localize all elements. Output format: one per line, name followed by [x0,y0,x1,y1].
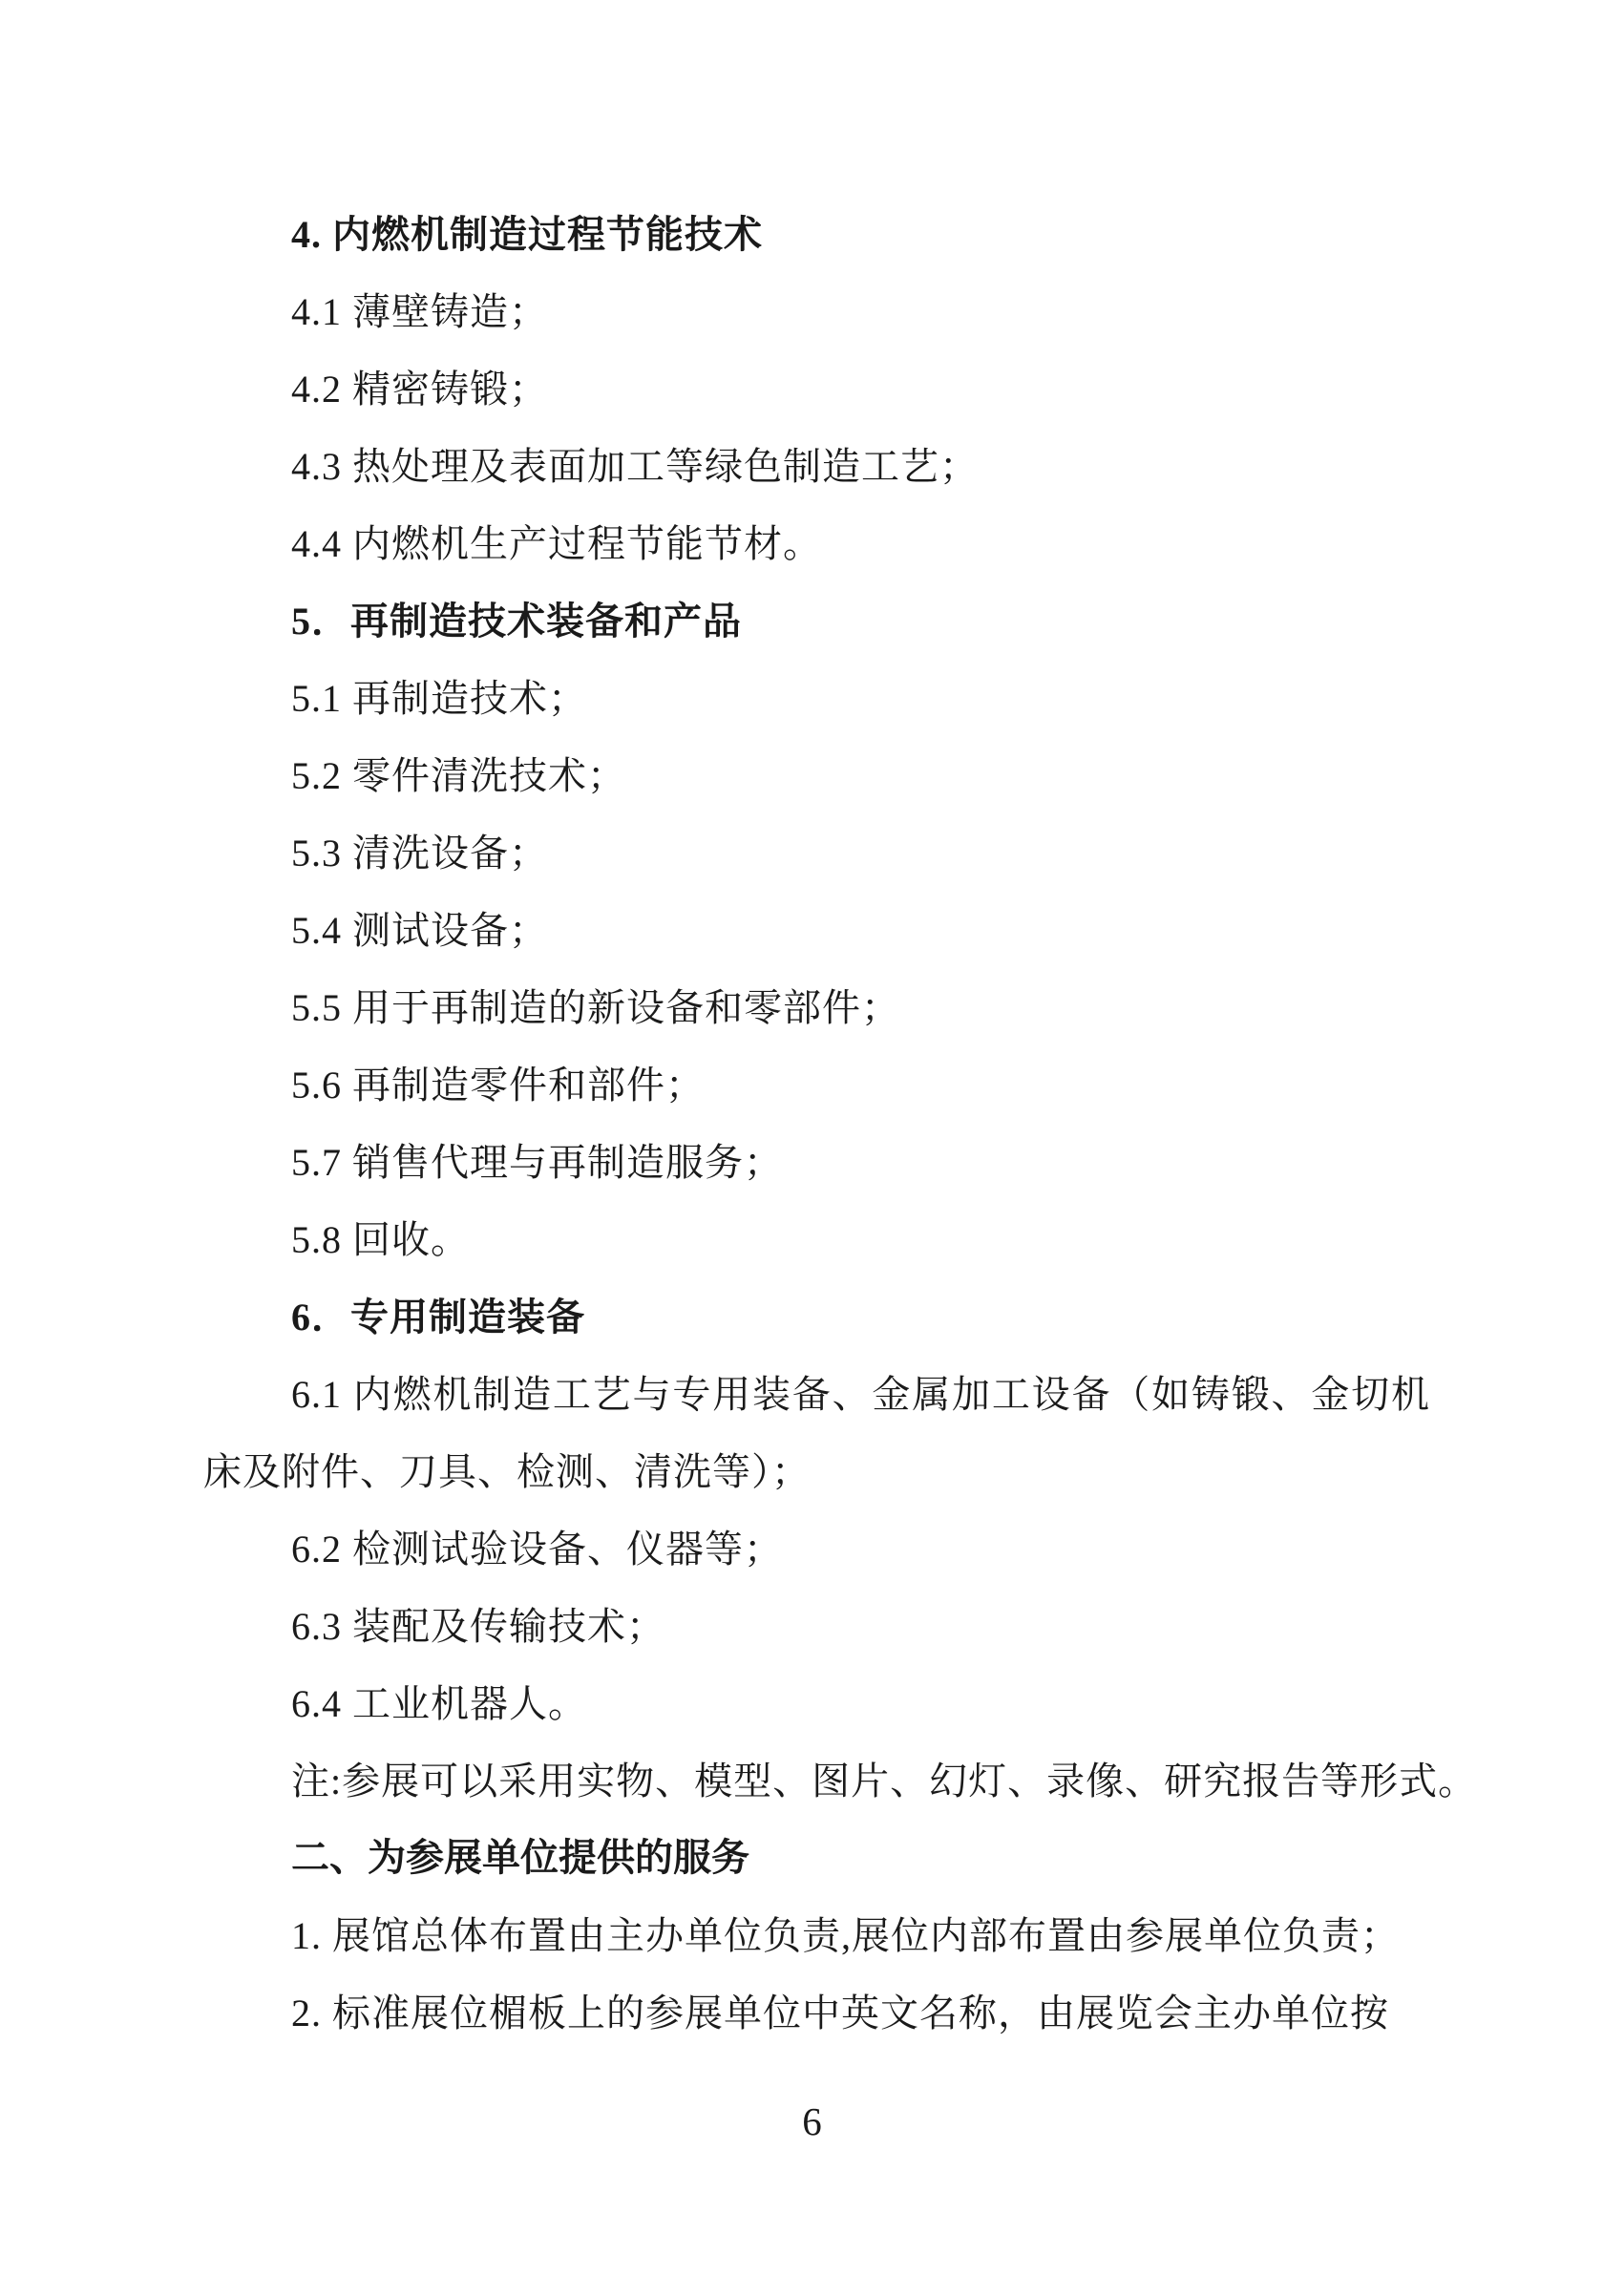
list-item-5-3: 5.3 清洗设备； [203,814,1430,892]
section-heading-6: 6．专用制造装备 [203,1278,1430,1356]
document-page: 4. 内燃机制造过程节能技术 4.1 薄壁铸造； 4.2 精密铸锻； 4.3 热… [0,0,1624,2277]
chapter-heading-2: 二、为参展单位提供的服务 [203,1820,1430,1897]
list-item-6-2: 6.2 检测试验设备、仪器等； [203,1510,1430,1588]
list-item-6-1-line-2: 床及附件、刀具、检测、清洗等）； [203,1433,1430,1510]
list-item-5-5: 5.5 用于再制造的新设备和零部件； [203,969,1430,1046]
list-item-5-6: 5.6 再制造零件和部件； [203,1046,1430,1124]
list-item-4-2: 4.2 精密铸锻； [203,350,1430,428]
list-item-5-2: 5.2 零件清洗技术； [203,737,1430,814]
list-item-5-4: 5.4 测试设备； [203,892,1430,969]
list-item-4-1: 4.1 薄壁铸造； [203,273,1430,350]
list-item-4-4: 4.4 内燃机生产过程节能节材。 [203,505,1430,582]
list-item-5-7: 5.7 销售代理与再制造服务； [203,1124,1430,1201]
service-item-1: 1. 展馆总体布置由主办单位负责,展位内部布置由参展单位负责； [203,1897,1430,1974]
list-item-6-1-line-1: 6.1 内燃机制造工艺与专用装备、金属加工设备（如铸锻、金切机 [203,1356,1430,1433]
list-item-5-8: 5.8 回收。 [203,1201,1430,1278]
page-number: 6 [0,2093,1624,2150]
section-heading-4: 4. 内燃机制造过程节能技术 [203,196,1430,273]
list-item-5-1: 5.1 再制造技术； [203,660,1430,737]
section-heading-5: 5．再制造技术装备和产品 [203,582,1430,660]
list-item-6-4: 6.4 工业机器人。 [203,1665,1430,1742]
list-item-6-3: 6.3 装配及传输技术； [203,1588,1430,1665]
note-line: 注:参展可以采用实物、模型、图片、幻灯、录像、研究报告等形式。 [203,1742,1430,1820]
service-item-2: 2. 标准展位楣板上的参展单位中英文名称，由展览会主办单位按 [203,1974,1430,2052]
list-item-4-3: 4.3 热处理及表面加工等绿色制造工艺； [203,428,1430,505]
document-body: 4. 内燃机制造过程节能技术 4.1 薄壁铸造； 4.2 精密铸锻； 4.3 热… [203,196,1430,2052]
